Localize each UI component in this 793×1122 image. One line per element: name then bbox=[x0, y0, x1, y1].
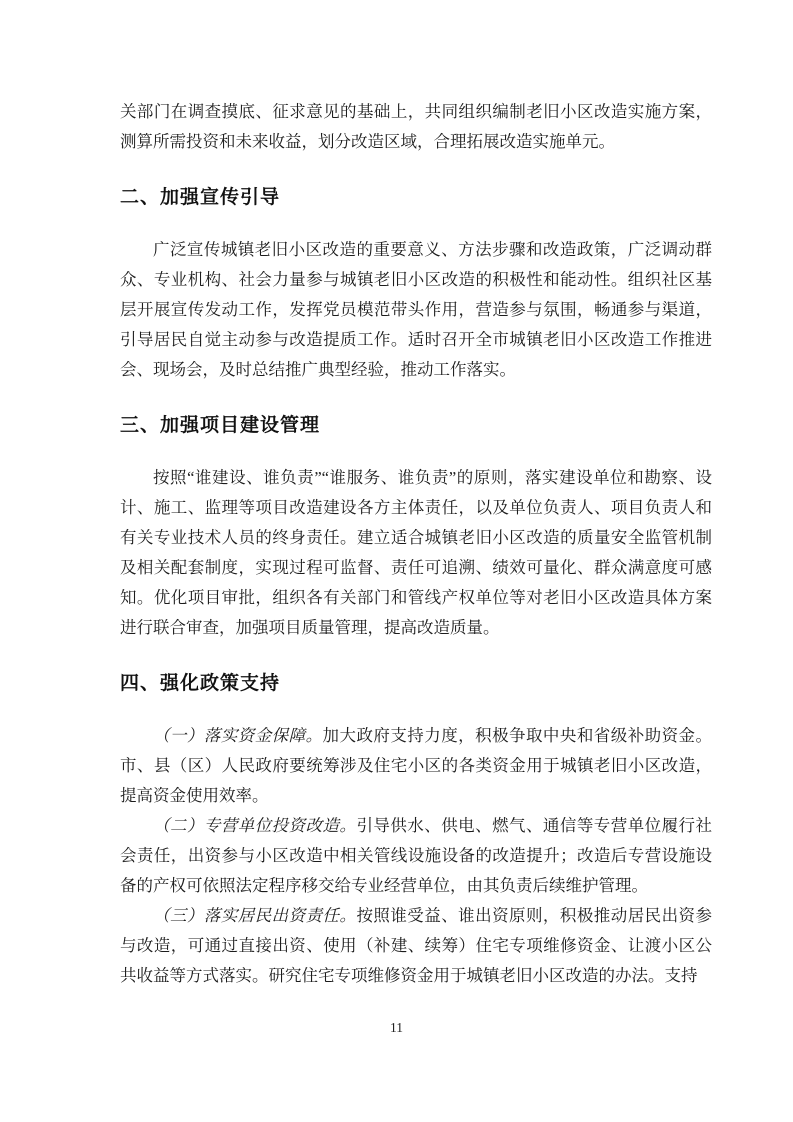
paragraph-continuation: 关部门在调查摸底、征求意见的基础上，共同组织编制老旧小区改造实施方案，测算所需投… bbox=[120, 97, 712, 157]
paragraph-project-management: 按照“谁建设、谁负责”“谁服务、谁负责”的原则，落实建设单位和勘察、设计、施工、… bbox=[120, 463, 712, 643]
document-page: 关部门在调查摸底、征求意见的基础上，共同组织编制老旧小区改造实施方案，测算所需投… bbox=[0, 0, 793, 1122]
section-heading-policy-support: 四、强化政策支持 bbox=[120, 669, 712, 699]
paragraph-item-funding: （一）落实资金保障。加大政府支持力度，积极争取中央和省级补助资金。市、县（区）人… bbox=[120, 721, 712, 811]
section-heading-project-management: 三、加强项目建设管理 bbox=[120, 411, 712, 441]
paragraph-item-resident-contribution: （三）落实居民出资责任。按照谁受益、谁出资原则，积极推动居民出资参与改造，可通过… bbox=[120, 901, 712, 991]
section-heading-publicity: 二、加强宣传引导 bbox=[120, 183, 712, 213]
item-lead-funding: （一）落实资金保障。 bbox=[153, 726, 323, 745]
item-lead-resident-contribution: （三）落实居民出资责任。 bbox=[153, 906, 356, 925]
paragraph-item-utility-investment: （二）专营单位投资改造。引导供水、供电、燃气、通信等专营单位履行社会责任，出资参… bbox=[120, 811, 712, 901]
page-number: 11 bbox=[0, 1020, 793, 1036]
paragraph-publicity: 广泛宣传城镇老旧小区改造的重要意义、方法步骤和改造政策，广泛调动群众、专业机构、… bbox=[120, 235, 712, 385]
item-lead-utility-investment: （二）专营单位投资改造。 bbox=[153, 816, 356, 835]
page-content: 关部门在调查摸底、征求意见的基础上，共同组织编制老旧小区改造实施方案，测算所需投… bbox=[120, 97, 712, 991]
